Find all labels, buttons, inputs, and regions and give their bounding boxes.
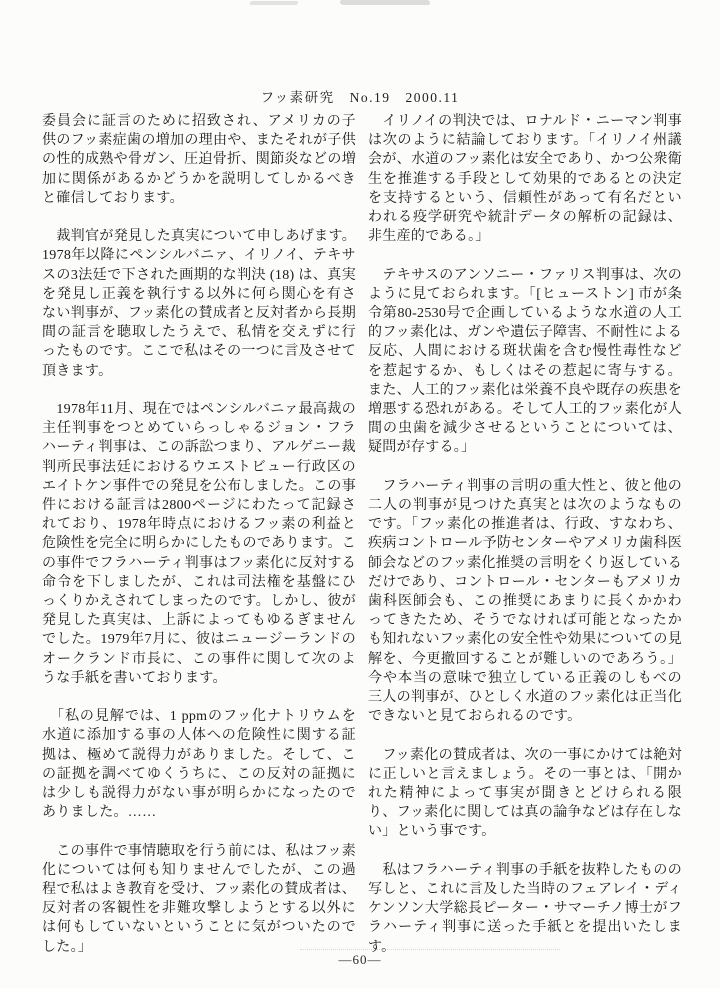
- paragraph: この事件で事情聴取を行う前には、私はフッ素化については何も知りませんでしたが、こ…: [42, 842, 356, 957]
- scan-artifact: [339, 0, 430, 5]
- paragraph: フラハーティ判事の言明の重大性と、彼と他の二人の判事が見つけた真実とは次のような…: [368, 477, 682, 727]
- paragraph: 私はフラハーティ判事の手紙を抜粋したものの写しと、これに言及した当時のフェアレイ…: [368, 861, 682, 957]
- page-number: —60—: [0, 952, 720, 968]
- paragraph: 「私の見解では、1 ppmのフッ化ナトリウムを水道に添加する事の人体への危険性に…: [42, 707, 356, 822]
- scan-artifact: [249, 1, 298, 5]
- paragraph: 1978年11月、現在ではペンシルバニァ最高裁の主任判事をつとめていらっしゃるジ…: [42, 400, 356, 688]
- right-column: イリノイの判決では、ロナルド・ニーマン判事は次のように結論しております。「イリノ…: [368, 112, 682, 957]
- paragraph: イリノイの判決では、ロナルド・ニーマン判事は次のように結論しております。「イリノ…: [368, 112, 682, 246]
- paragraph: フッ素化の賛成者は、次の一事にかけては絶対に正しいと言えましょう。その一事とは、…: [368, 746, 682, 842]
- left-column: 委員会に証言のために招致され、アメリカの子供のフッ素症歯の増加の理由や、またそれ…: [42, 112, 356, 957]
- text-columns: 委員会に証言のために招致され、アメリカの子供のフッ素症歯の増加の理由や、またそれ…: [42, 112, 682, 957]
- journal-header: フッ素研究 No.19 2000.11: [0, 86, 720, 106]
- paragraph: 委員会に証言のために招致され、アメリカの子供のフッ素症歯の増加の理由や、またそれ…: [42, 112, 356, 208]
- paragraph: テキサスのアンソニー・ファリス判事は、次のように見ておられます。「[ヒューストン…: [368, 266, 682, 458]
- document-page: フッ素研究 No.19 2000.11 委員会に証言のために招致され、アメリカの…: [0, 0, 720, 988]
- paragraph: 裁判官が発見した真実について申しあげます。1978年以降にペンシルバニァ、イリノ…: [42, 227, 356, 381]
